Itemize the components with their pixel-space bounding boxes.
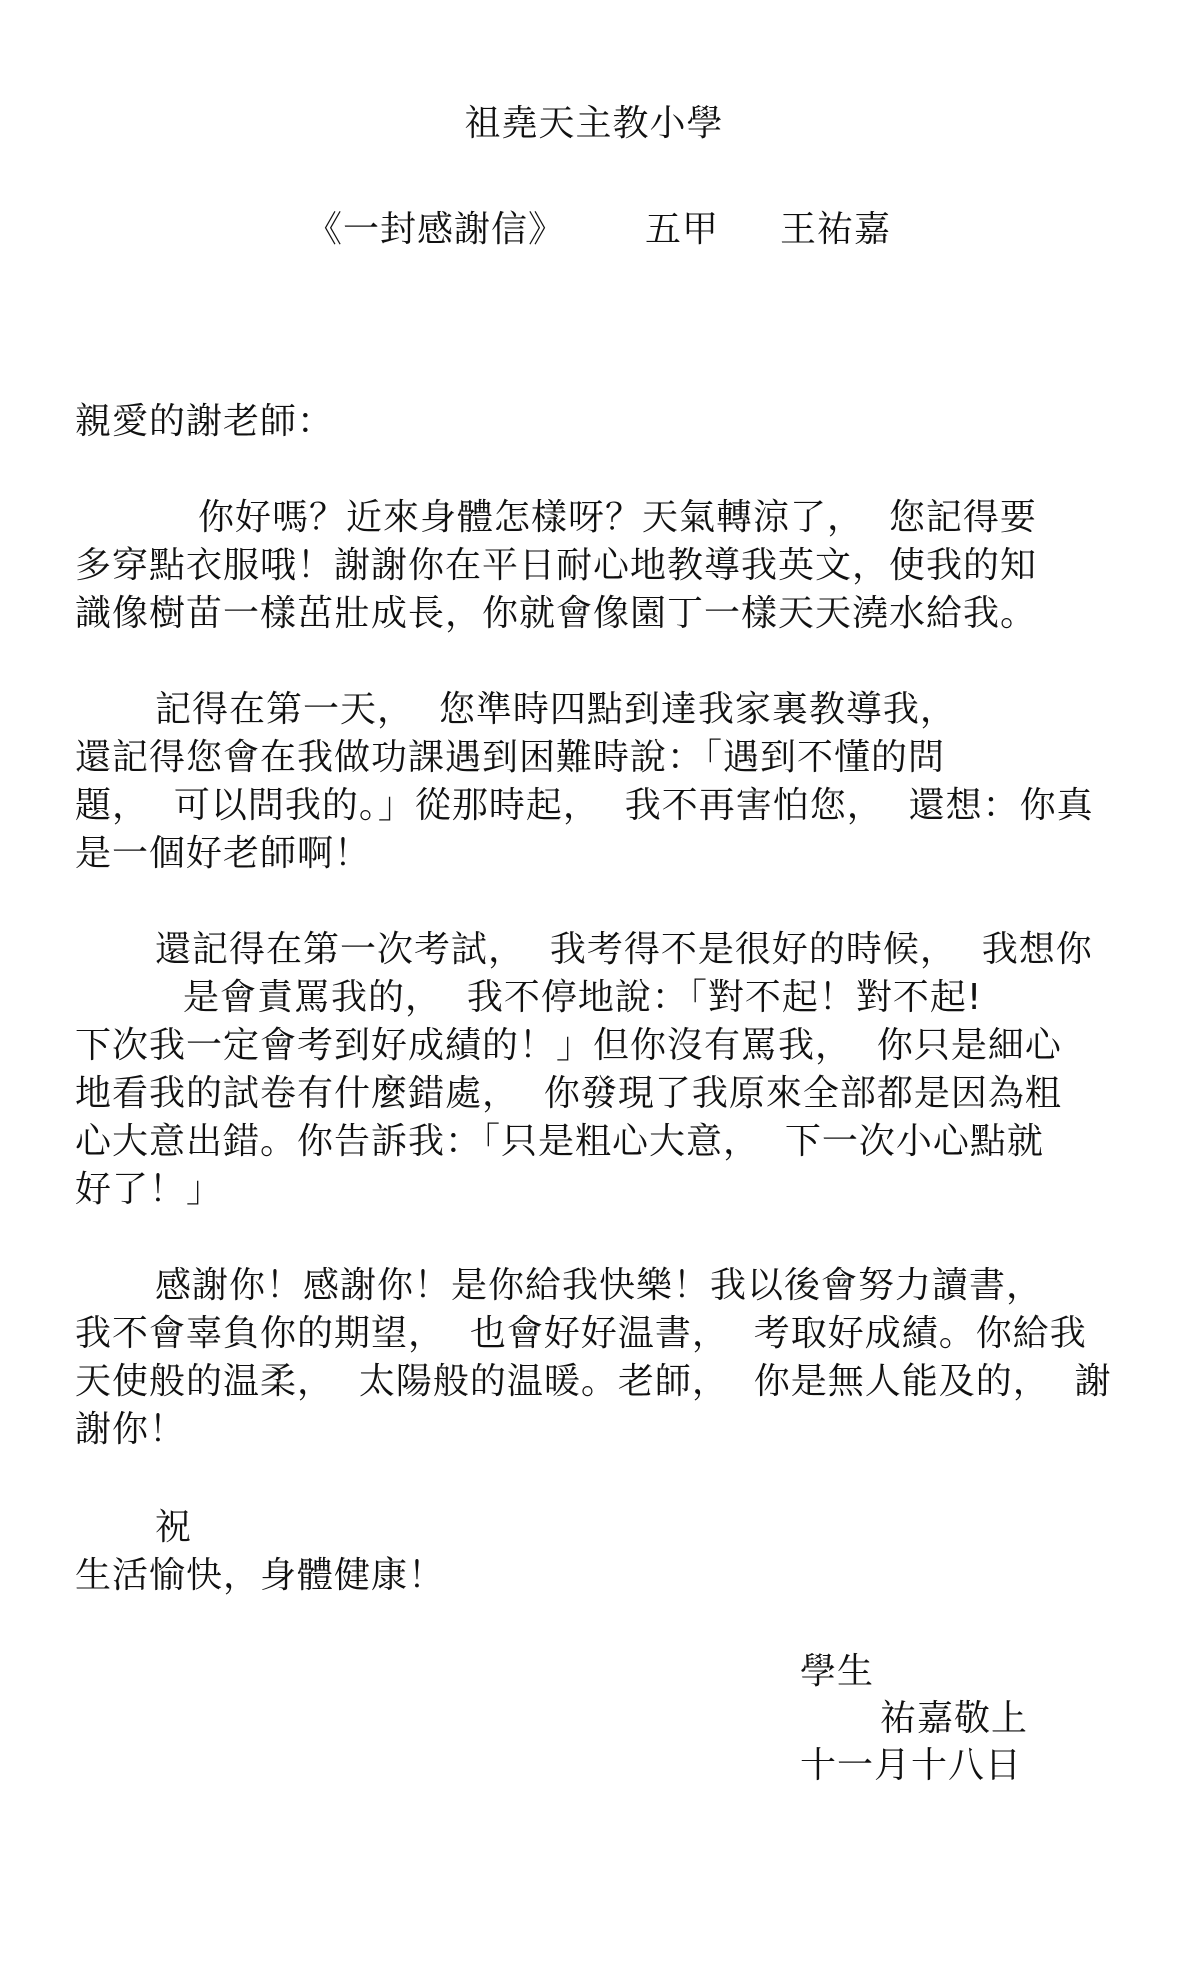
paragraph-line: 天使般的温柔， 太陽般的温暖。老師， 你是無人能及的， 謝: [75, 1362, 1112, 1402]
paragraph-line: 記得在第一天， 您準時四點到達我家裏教導我，: [155, 690, 957, 730]
paragraph-line: 是會責罵我的， 我不停地說：「對不起！對不起!: [183, 978, 982, 1018]
paragraph-line: 地看我的試卷有什麼錯處， 你發現了我原來全部都是因為粗: [75, 1074, 1062, 1114]
paragraph-line: 題， 可以問我的。」從那時起， 我不再害怕您， 還想：你真: [75, 786, 1094, 826]
paragraph-line: 你好嗎？近來身體怎樣呀？天氣轉涼了， 您記得要: [198, 498, 1037, 538]
paragraph-line: 我不會辜負你的期望， 也會好好温書， 考取好成績。你給我: [75, 1314, 1087, 1354]
paragraph-line: 還記得在第一次考試， 我考得不是很好的時候， 我想你: [155, 930, 1093, 970]
signature-role: 學生: [800, 1652, 874, 1692]
signature-name: 祐嘉敬上: [880, 1699, 1028, 1739]
signature-date: 十一月十八日: [800, 1746, 1022, 1786]
school-name: 祖堯天主教小學: [0, 104, 1188, 144]
student-name: 王祐嘉: [780, 210, 891, 250]
paragraph-line: 心大意出錯。你告訴我：「只是粗心大意， 下一次小心點就: [75, 1122, 1044, 1162]
letter-title: 《一封感謝信》: [306, 210, 565, 250]
paragraph-line: 下次我一定會考到好成績的！」但你沒有罵我， 你只是細心: [75, 1026, 1062, 1066]
closing-wish: 祝: [155, 1508, 192, 1548]
salutation: 親愛的謝老師：: [75, 402, 334, 442]
paragraph-line: 是一個好老師啊！: [75, 834, 371, 874]
paragraph-line: 多穿點衣服哦！謝謝你在平日耐心地教導我英文，使我的知: [75, 546, 1037, 586]
paragraph-line: 感謝你！感謝你！是你給我快樂！我以後會努力讀書，: [155, 1266, 1043, 1306]
paragraph-line: 好了！」: [75, 1170, 223, 1210]
paragraph-line: 還記得您會在我做功課遇到困難時說：「遇到不懂的問: [75, 738, 945, 778]
student-class: 五甲: [645, 210, 719, 250]
paragraph-line: 識像樹苗一樣茁壯成長，你就會像園丁一樣天天澆水給我。: [75, 594, 1037, 634]
closing-blessing: 生活愉快，身體健康！: [75, 1556, 445, 1596]
paragraph-line: 謝你！: [75, 1410, 186, 1450]
